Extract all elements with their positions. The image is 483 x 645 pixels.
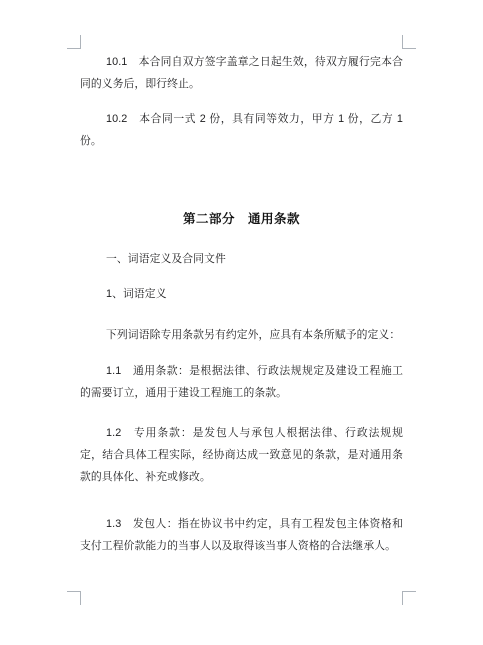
margin-crop-mark-top-right [402,35,416,49]
clause-1-1: 1.1 通用条款：是根据法律、行政法规规定及建设工程施工的需要订立，通用于建设工… [80,360,403,404]
section-heading: 第二部分 通用条款 [80,208,403,230]
section-item-terms-title: 1、词语定义 [80,283,403,305]
margin-crop-mark-bottom-left [67,591,81,605]
clause-1-3: 1.3 发包人：指在协议书中约定，具有工程发包主体资格和支付工程价款能力的当事人… [80,513,403,557]
clause-10-1: 10.1 本合同自双方签字盖章之日起生效，待双方履行完本合同的义务后，即行终止。 [80,51,403,95]
document-body: 10.1 本合同自双方签字盖章之日起生效，待双方履行完本合同的义务后，即行终止。… [80,0,403,557]
margin-crop-mark-bottom-right [402,591,416,605]
section-item-definitions-title: 一、词语定义及合同文件 [80,248,403,270]
document-page: 10.1 本合同自双方签字盖章之日起生效，待双方履行完本合同的义务后，即行终止。… [0,0,483,645]
margin-crop-mark-top-left [67,35,81,49]
clause-1-2: 1.2 专用条款：是发包人与承包人根据法律、行政法规规定，结合具体工程实际，经协… [80,422,403,488]
clause-10-2: 10.2 本合同一式 2 份，具有同等效力，甲方 1 份，乙方 1 份。 [80,108,403,152]
section-item-intro: 下列词语除专用条款另有约定外，应具有本条所赋予的定义： [80,324,403,346]
